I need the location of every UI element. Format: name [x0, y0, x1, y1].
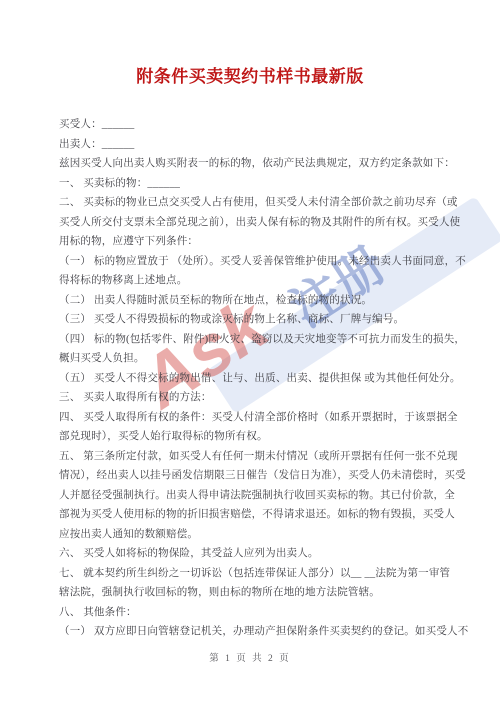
document-line: 五、 第三条所定付款，如买受人有任何一期未付情况（或所开票据有任何一张不兑现: [59, 447, 447, 467]
document-line: 得将标的物移离上述地点。: [59, 271, 447, 291]
document-line: 辖法院，强制执行收回标的物，则由标的物所在地的地方法院管辖。: [59, 583, 447, 603]
document-line: 情况），经出卖人以挂号函发信期限三日催告（发信日为准），买受人仍未清偿时，买受: [59, 466, 447, 486]
document-line: 二、 买卖标的物业已点交买受人占有使用，但买受人未付清全部价款之前功尽弃（或: [59, 193, 447, 213]
document-line: 部兑现时），买受人始行取得标的物所有权。: [59, 427, 447, 447]
document-line: 四、 买受人取得所有权的条件：买受人付清全部价格时（如系开票据时，于该票据全: [59, 408, 447, 428]
page-footer: 第 1 页 共 2 页: [0, 650, 500, 664]
document-line: 六、 买受人如将标的物保险，其受益人应列为出卖人。: [59, 544, 447, 564]
document-line: 买受人：______: [59, 115, 447, 135]
document-line: （二） 出卖人得随时派员至标的物所在地点，检查标的物的状况。: [59, 291, 447, 311]
document-body: 买受人：______出卖人：______兹因买受人向出卖人购买附表一的标的物，依…: [59, 115, 447, 642]
document-page: Ask 注册 附条件买卖契约书样书最新版 买受人：______出卖人：_____…: [0, 0, 500, 706]
document-line: （三） 买受人不得毁损标的物或涂灭标的物上名称、商标、厂牌与编号。: [59, 310, 447, 330]
document-line: 七、 就本契约所生纠纷之一切诉讼（包括连带保证人部分）以__ __法院为第一审管: [59, 564, 447, 584]
document-line: 八、 其他条件：: [59, 603, 447, 623]
document-line: 出卖人：______: [59, 135, 447, 155]
document-line: （四） 标的物(包括零件、附件)因火灾、盗窃以及天灾地变等不可抗力而发生的损失，: [59, 330, 447, 350]
document-line: （一） 标的物应置放于 （处所）。买受人妥善保管维护使用。未经出卖人书面同意，不: [59, 252, 447, 272]
document-line: 人并愿径受强制执行。出卖人得申请法院强制执行收回买卖标的物。其已付价款，全: [59, 486, 447, 506]
document-line: 三、 买卖人取得所有权的方法：: [59, 388, 447, 408]
document-line: 应按出卖人通知的数额赔偿。: [59, 525, 447, 545]
document-line: 兹因买受人向出卖人购买附表一的标的物，依动产民法典规定，双方约定条款如下：: [59, 154, 447, 174]
document-line: 一、 买卖标的物：______: [59, 174, 447, 194]
document-line: 概归买受人负担。: [59, 349, 447, 369]
document-line: 用标的物，应遵守下列条件：: [59, 232, 447, 252]
document-line: （五） 买受人不得交标的物出借、让与、出质、出卖、提供担保 或为其他任何处分。: [59, 369, 447, 389]
page-title: 附条件买卖契约书样书最新版: [0, 62, 500, 87]
document-line: 部视为买受人使用标的物的折旧损害赔偿，不得请求退还。如标的物有毁损，买受人: [59, 505, 447, 525]
document-line: 买受人所交付支票未全部兑现之前），出卖人保有标的物及其附件的所有权。买受人使: [59, 213, 447, 233]
document-line: （一） 双方应即日向管辖登记机关，办理动产担保附条件买卖契约的登记。如买受人不: [59, 622, 447, 642]
